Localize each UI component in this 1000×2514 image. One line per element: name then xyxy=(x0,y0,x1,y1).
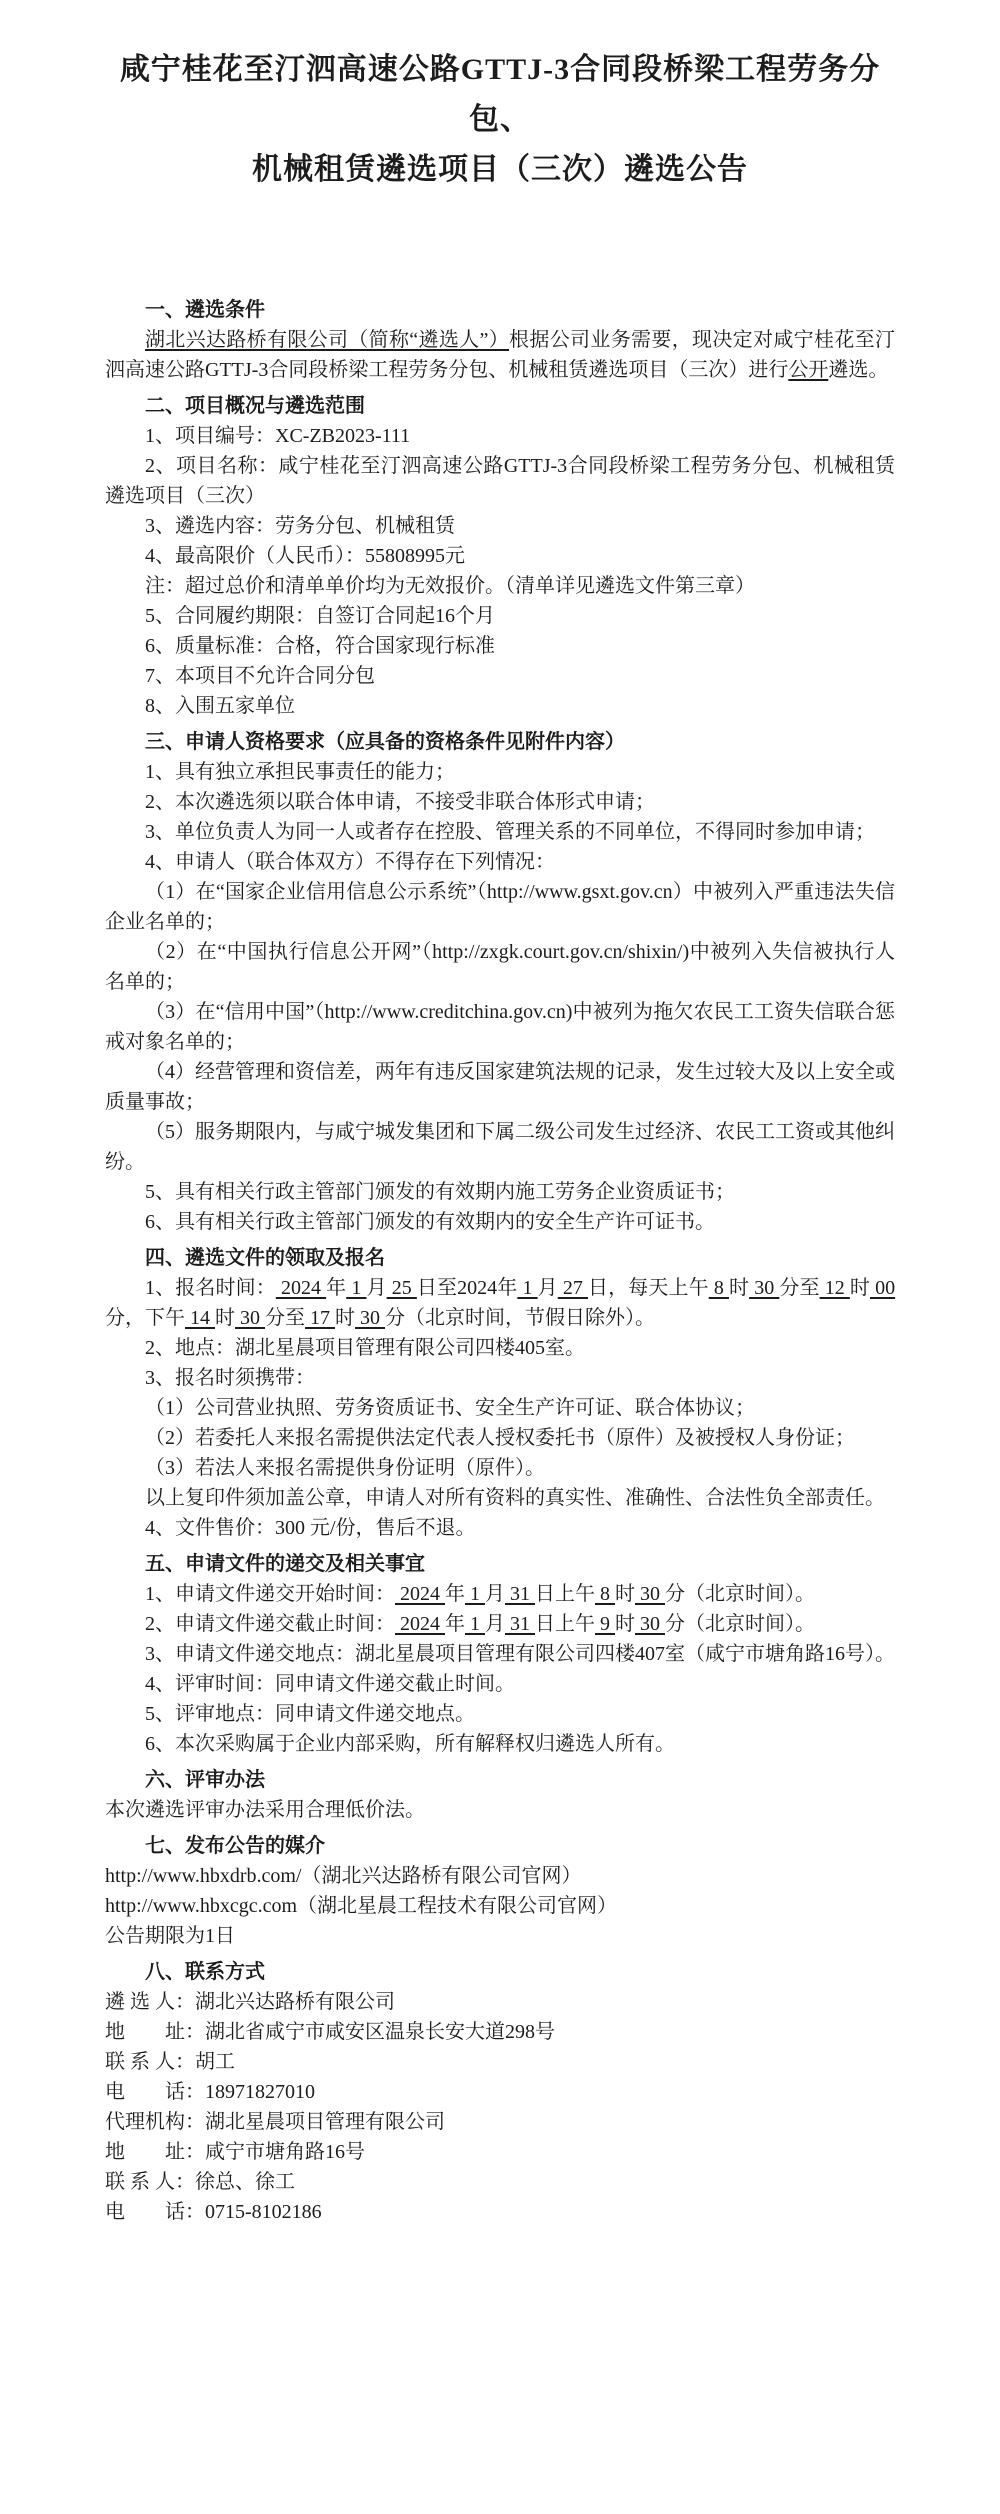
underlined-text-run: 17 xyxy=(305,1307,335,1329)
text-run: 地 址：咸宁市塘角路16号 xyxy=(105,2141,365,2163)
underlined-text-run: 14 xyxy=(185,1307,215,1329)
doc-paragraph: 以上复印件须加盖公章，申请人对所有资料的真实性、准确性、合法性负全部责任。 xyxy=(105,1483,895,1513)
doc-paragraph: 4、申请人（联合体双方）不得存在下列情况： xyxy=(105,847,895,877)
doc-paragraph: 注：超过总价和清单单价均为无效报价。（清单详见遴选文件第三章） xyxy=(105,571,895,601)
doc-paragraph: 遴 选 人：湖北兴达路桥有限公司 xyxy=(105,1987,895,2017)
underlined-text-run: 8 xyxy=(709,1277,729,1299)
underlined-text-run: 1 xyxy=(465,1583,485,1605)
section-heading: 八、联系方式 xyxy=(105,1957,895,1987)
text-run: 日，每天上午 xyxy=(588,1277,709,1299)
underlined-text-run: 1 xyxy=(517,1277,537,1299)
doc-paragraph: 8、入围五家单位 xyxy=(105,691,895,721)
text-run: 4、文件售价：300 元/份，售后不退。 xyxy=(145,1517,476,1539)
text-run: 1、具有独立承担民事责任的能力； xyxy=(145,761,455,783)
text-run: 时 xyxy=(850,1277,870,1299)
text-run: 8、入围五家单位 xyxy=(145,695,295,717)
text-run: 一、遴选条件 xyxy=(145,299,265,321)
text-run: 5、具有相关行政主管部门颁发的有效期内施工劳务企业资质证书； xyxy=(145,1181,735,1203)
text-run: 遴选。 xyxy=(828,359,888,381)
doc-paragraph: 2、申请文件递交截止时间： 2024 年 1 月 31 日上午 9 时 30 分… xyxy=(105,1609,895,1639)
doc-paragraph: 1、项目编号：XC-ZB2023-111 xyxy=(105,421,895,451)
text-run: 本次遴选评审办法采用合理低价法。 xyxy=(105,1799,425,1821)
text-run: 注：超过总价和清单单价均为无效报价。（清单详见遴选文件第三章） xyxy=(145,575,755,597)
text-run: 代理机构：湖北星晨项目管理有限公司 xyxy=(105,2111,445,2133)
text-run: （2）在“中国执行信息公开网”（http://zxgk.court.gov.cn… xyxy=(105,941,895,993)
doc-paragraph: （3）在“信用中国”（http://www.creditchina.gov.cn… xyxy=(105,997,895,1057)
underlined-text-run: 1 xyxy=(465,1613,485,1635)
doc-body: 一、遴选条件湖北兴达路桥有限公司（简称“遴选人”）根据公司业务需要，现决定对咸宁… xyxy=(105,295,895,2227)
text-run: 2、地点：湖北星晨项目管理有限公司四楼405室。 xyxy=(145,1337,585,1359)
text-run: 时 xyxy=(615,1613,635,1635)
text-run: 年 xyxy=(445,1583,465,1605)
text-run: 六、评审办法 xyxy=(145,1769,265,1791)
text-run: 年 xyxy=(326,1277,346,1299)
doc-paragraph: 6、具有相关行政主管部门颁发的有效期内的安全生产许可证书。 xyxy=(105,1207,895,1237)
doc-paragraph: （3）若法人来报名需提供身份证明（原件）。 xyxy=(105,1453,895,1483)
text-run: 分（北京时间）。 xyxy=(665,1583,815,1605)
doc-paragraph: http://www.hbxdrb.com/（湖北兴达路桥有限公司官网） xyxy=(105,1861,895,1891)
text-run: 4、最高限价（人民币）：55808995元 xyxy=(145,545,465,567)
doc-paragraph: 5、具有相关行政主管部门颁发的有效期内施工劳务企业资质证书； xyxy=(105,1177,895,1207)
doc-paragraph: 联 系 人：徐总、徐工 xyxy=(105,2167,895,2197)
doc-paragraph: 2、地点：湖北星晨项目管理有限公司四楼405室。 xyxy=(105,1333,895,1363)
underlined-text-run: 湖北兴达路桥有限公司（简称“遴选人”） xyxy=(145,329,509,351)
text-run: 5、评审地点：同申请文件递交地点。 xyxy=(145,1703,475,1725)
doc-paragraph: （1）公司营业执照、劳务资质证书、安全生产许可证、联合体协议； xyxy=(105,1393,895,1423)
doc-paragraph: 6、本次采购属于企业内部采购，所有解释权归遴选人所有。 xyxy=(105,1729,895,1759)
doc-paragraph: 地 址：湖北省咸宁市咸安区温泉长安大道298号 xyxy=(105,2017,895,2047)
text-run: 分至 xyxy=(779,1277,819,1299)
text-run: （1）在“国家企业信用信息公示系统”（http://www.gsxt.gov.c… xyxy=(105,881,895,933)
text-run: http://www.hbxdrb.com/（湖北兴达路桥有限公司官网） xyxy=(105,1865,581,1887)
text-run: 分（北京时间）。 xyxy=(665,1613,815,1635)
doc-paragraph: 本次遴选评审办法采用合理低价法。 xyxy=(105,1795,895,1825)
text-run: 月 xyxy=(538,1277,558,1299)
underlined-text-run: 公开 xyxy=(788,359,828,381)
doc-paragraph: 7、本项目不允许合同分包 xyxy=(105,661,895,691)
section-heading: 三、申请人资格要求（应具备的资格条件见附件内容） xyxy=(105,727,895,757)
doc-paragraph: 6、质量标准：合格，符合国家现行标准 xyxy=(105,631,895,661)
doc-paragraph: 1、具有独立承担民事责任的能力； xyxy=(105,757,895,787)
text-run: 5、合同履约期限：自签订合同起16个月 xyxy=(145,605,495,627)
underlined-text-run: 8 xyxy=(595,1583,615,1605)
doc-title-line2: 机械租赁遴选项目（三次）遴选公告 xyxy=(105,145,895,195)
text-run: 八、联系方式 xyxy=(145,1961,265,1983)
underlined-text-run: 25 xyxy=(387,1277,417,1299)
doc-paragraph: 1、报名时间： 2024 年 1 月 25 日至2024年 1 月 27 日，每… xyxy=(105,1273,895,1333)
doc-paragraph: （4）经营管理和资信差，两年有违反国家建筑法规的记录，发生过较大及以上安全或质量… xyxy=(105,1057,895,1117)
doc-paragraph: 3、报名时须携带： xyxy=(105,1363,895,1393)
text-run: 4、申请人（联合体双方）不得存在下列情况： xyxy=(145,851,555,873)
text-run: （3）在“信用中国”（http://www.creditchina.gov.cn… xyxy=(105,1001,895,1053)
text-run: 分至 xyxy=(265,1307,305,1329)
text-run: 2、本次遴选须以联合体申请，不接受非联合体形式申请； xyxy=(145,791,655,813)
text-run: （3）若法人来报名需提供身份证明（原件）。 xyxy=(145,1457,545,1479)
text-run: 二、项目概况与遴选范围 xyxy=(145,395,365,417)
text-run: 电 话：18971827010 xyxy=(105,2081,315,2103)
text-run: 1、申请文件递交开始时间： xyxy=(145,1583,395,1605)
doc-title: 咸宁桂花至汀泗高速公路GTTJ-3合同段桥梁工程劳务分包、 机械租赁遴选项目（三… xyxy=(105,45,895,195)
text-run: 日至2024年 xyxy=(417,1277,518,1299)
text-run: （4）经营管理和资信差，两年有违反国家建筑法规的记录，发生过较大及以上安全或质量… xyxy=(105,1061,895,1113)
text-run: 日上午 xyxy=(535,1613,595,1635)
underlined-text-run: 30 xyxy=(749,1277,779,1299)
doc-paragraph: 湖北兴达路桥有限公司（简称“遴选人”）根据公司业务需要，现决定对咸宁桂花至汀泗高… xyxy=(105,325,895,385)
text-run: 公告期限为1日 xyxy=(105,1925,235,1947)
doc-paragraph: 4、评审时间：同申请文件递交截止时间。 xyxy=(105,1669,895,1699)
text-run: 3、报名时须携带： xyxy=(145,1367,315,1389)
text-run: 4、评审时间：同申请文件递交截止时间。 xyxy=(145,1673,515,1695)
text-run: 时 xyxy=(215,1307,235,1329)
text-run: 6、具有相关行政主管部门颁发的有效期内的安全生产许可证书。 xyxy=(145,1211,715,1233)
underlined-text-run: 27 xyxy=(558,1277,588,1299)
text-run: 日上午 xyxy=(535,1583,595,1605)
underlined-text-run: 31 xyxy=(505,1613,535,1635)
text-run: 1、报名时间： xyxy=(145,1277,276,1299)
doc-paragraph: 4、文件售价：300 元/份，售后不退。 xyxy=(105,1513,895,1543)
underlined-text-run: 31 xyxy=(505,1583,535,1605)
doc-paragraph: 3、遴选内容：劳务分包、机械租赁 xyxy=(105,511,895,541)
text-run: 时 xyxy=(335,1307,355,1329)
text-run: 分，下午 xyxy=(105,1307,185,1329)
text-run: 月 xyxy=(366,1277,386,1299)
doc-paragraph: 地 址：咸宁市塘角路16号 xyxy=(105,2137,895,2167)
doc-title-line1: 咸宁桂花至汀泗高速公路GTTJ-3合同段桥梁工程劳务分包、 xyxy=(105,45,895,145)
text-run: 以上复印件须加盖公章，申请人对所有资料的真实性、准确性、合法性负全部责任。 xyxy=(145,1487,885,1509)
doc-paragraph: 电 话：18971827010 xyxy=(105,2077,895,2107)
doc-paragraph: 公告期限为1日 xyxy=(105,1921,895,1951)
doc-paragraph: 1、申请文件递交开始时间： 2024 年 1 月 31 日上午 8 时 30 分… xyxy=(105,1579,895,1609)
text-run: 分（北京时间，节假日除外）。 xyxy=(385,1307,655,1329)
text-run: 月 xyxy=(485,1613,505,1635)
underlined-text-run: 30 xyxy=(235,1307,265,1329)
underlined-text-run: 2024 xyxy=(395,1583,445,1605)
underlined-text-run: 30 xyxy=(635,1583,665,1605)
doc-paragraph: 4、最高限价（人民币）：55808995元 xyxy=(105,541,895,571)
doc-paragraph: （2）若委托人来报名需提供法定代表人授权委托书（原件）及被授权人身份证； xyxy=(105,1423,895,1453)
text-run: （2）若委托人来报名需提供法定代表人授权委托书（原件）及被授权人身份证； xyxy=(145,1427,855,1449)
underlined-text-run: 9 xyxy=(595,1613,615,1635)
document-page: 咸宁桂花至汀泗高速公路GTTJ-3合同段桥梁工程劳务分包、 机械租赁遴选项目（三… xyxy=(0,0,1000,2514)
text-run: 联 系 人：徐总、徐工 xyxy=(105,2171,295,2193)
text-run: 电 话：0715-8102186 xyxy=(105,2201,322,2223)
section-heading: 四、遴选文件的领取及报名 xyxy=(105,1243,895,1273)
doc-paragraph: 3、申请文件递交地点：湖北星晨项目管理有限公司四楼407室（咸宁市塘角路16号）… xyxy=(105,1639,895,1669)
text-run: 时 xyxy=(615,1583,635,1605)
doc-paragraph: 联 系 人：胡工 xyxy=(105,2047,895,2077)
underlined-text-run: 2024 xyxy=(276,1277,326,1299)
underlined-text-run: 30 xyxy=(355,1307,385,1329)
underlined-text-run: 30 xyxy=(635,1613,665,1635)
text-run: （1）公司营业执照、劳务资质证书、安全生产许可证、联合体协议； xyxy=(145,1397,755,1419)
underlined-text-run: 1 xyxy=(346,1277,366,1299)
text-run: 2、项目名称：咸宁桂花至汀泗高速公路GTTJ-3合同段桥梁工程劳务分包、机械租赁… xyxy=(105,455,895,507)
text-run: 五、申请文件的递交及相关事宜 xyxy=(145,1553,425,1575)
doc-paragraph: 3、单位负责人为同一人或者存在控股、管理关系的不同单位，不得同时参加申请； xyxy=(105,817,895,847)
doc-paragraph: 5、合同履约期限：自签订合同起16个月 xyxy=(105,601,895,631)
section-heading: 二、项目概况与遴选范围 xyxy=(105,391,895,421)
doc-paragraph: 5、评审地点：同申请文件递交地点。 xyxy=(105,1699,895,1729)
text-run: http://www.hbxcgc.com（湖北星晨工程技术有限公司官网） xyxy=(105,1895,617,1917)
section-heading: 七、发布公告的媒介 xyxy=(105,1831,895,1861)
text-run: 遴 选 人：湖北兴达路桥有限公司 xyxy=(105,1991,395,2013)
doc-paragraph: （5）服务期限内，与咸宁城发集团和下属二级公司发生过经济、农民工工资或其他纠纷。 xyxy=(105,1117,895,1177)
doc-paragraph: 代理机构：湖北星晨项目管理有限公司 xyxy=(105,2107,895,2137)
underlined-text-run: 00 xyxy=(870,1277,895,1299)
section-heading: 一、遴选条件 xyxy=(105,295,895,325)
text-run: 地 址：湖北省咸宁市咸安区温泉长安大道298号 xyxy=(105,2021,555,2043)
text-run: 年 xyxy=(445,1613,465,1635)
text-run: 7、本项目不允许合同分包 xyxy=(145,665,375,687)
text-run: 6、质量标准：合格，符合国家现行标准 xyxy=(145,635,495,657)
text-run: 四、遴选文件的领取及报名 xyxy=(145,1247,385,1269)
underlined-text-run: 2024 xyxy=(395,1613,445,1635)
text-run: 6、本次采购属于企业内部采购，所有解释权归遴选人所有。 xyxy=(145,1733,675,1755)
doc-paragraph: 电 话：0715-8102186 xyxy=(105,2197,895,2227)
text-run: 2、申请文件递交截止时间： xyxy=(145,1613,395,1635)
underlined-text-run: 12 xyxy=(820,1277,850,1299)
text-run: 联 系 人：胡工 xyxy=(105,2051,235,2073)
text-run: （5）服务期限内，与咸宁城发集团和下属二级公司发生过经济、农民工工资或其他纠纷。 xyxy=(105,1121,895,1173)
section-heading: 六、评审办法 xyxy=(105,1765,895,1795)
text-run: 三、申请人资格要求（应具备的资格条件见附件内容） xyxy=(145,731,625,753)
doc-paragraph: （1）在“国家企业信用信息公示系统”（http://www.gsxt.gov.c… xyxy=(105,877,895,937)
doc-paragraph: 2、本次遴选须以联合体申请，不接受非联合体形式申请； xyxy=(105,787,895,817)
text-run: 七、发布公告的媒介 xyxy=(145,1835,325,1857)
doc-paragraph: 2、项目名称：咸宁桂花至汀泗高速公路GTTJ-3合同段桥梁工程劳务分包、机械租赁… xyxy=(105,451,895,511)
text-run: 3、遴选内容：劳务分包、机械租赁 xyxy=(145,515,455,537)
text-run: 1、项目编号：XC-ZB2023-111 xyxy=(145,425,410,447)
section-heading: 五、申请文件的递交及相关事宜 xyxy=(105,1549,895,1579)
text-run: 月 xyxy=(485,1583,505,1605)
text-run: 3、单位负责人为同一人或者存在控股、管理关系的不同单位，不得同时参加申请； xyxy=(145,821,875,843)
text-run: 时 xyxy=(729,1277,749,1299)
doc-paragraph: （2）在“中国执行信息公开网”（http://zxgk.court.gov.cn… xyxy=(105,937,895,997)
doc-paragraph: http://www.hbxcgc.com（湖北星晨工程技术有限公司官网） xyxy=(105,1891,895,1921)
text-run: 3、申请文件递交地点：湖北星晨项目管理有限公司四楼407室（咸宁市塘角路16号）… xyxy=(145,1643,895,1665)
